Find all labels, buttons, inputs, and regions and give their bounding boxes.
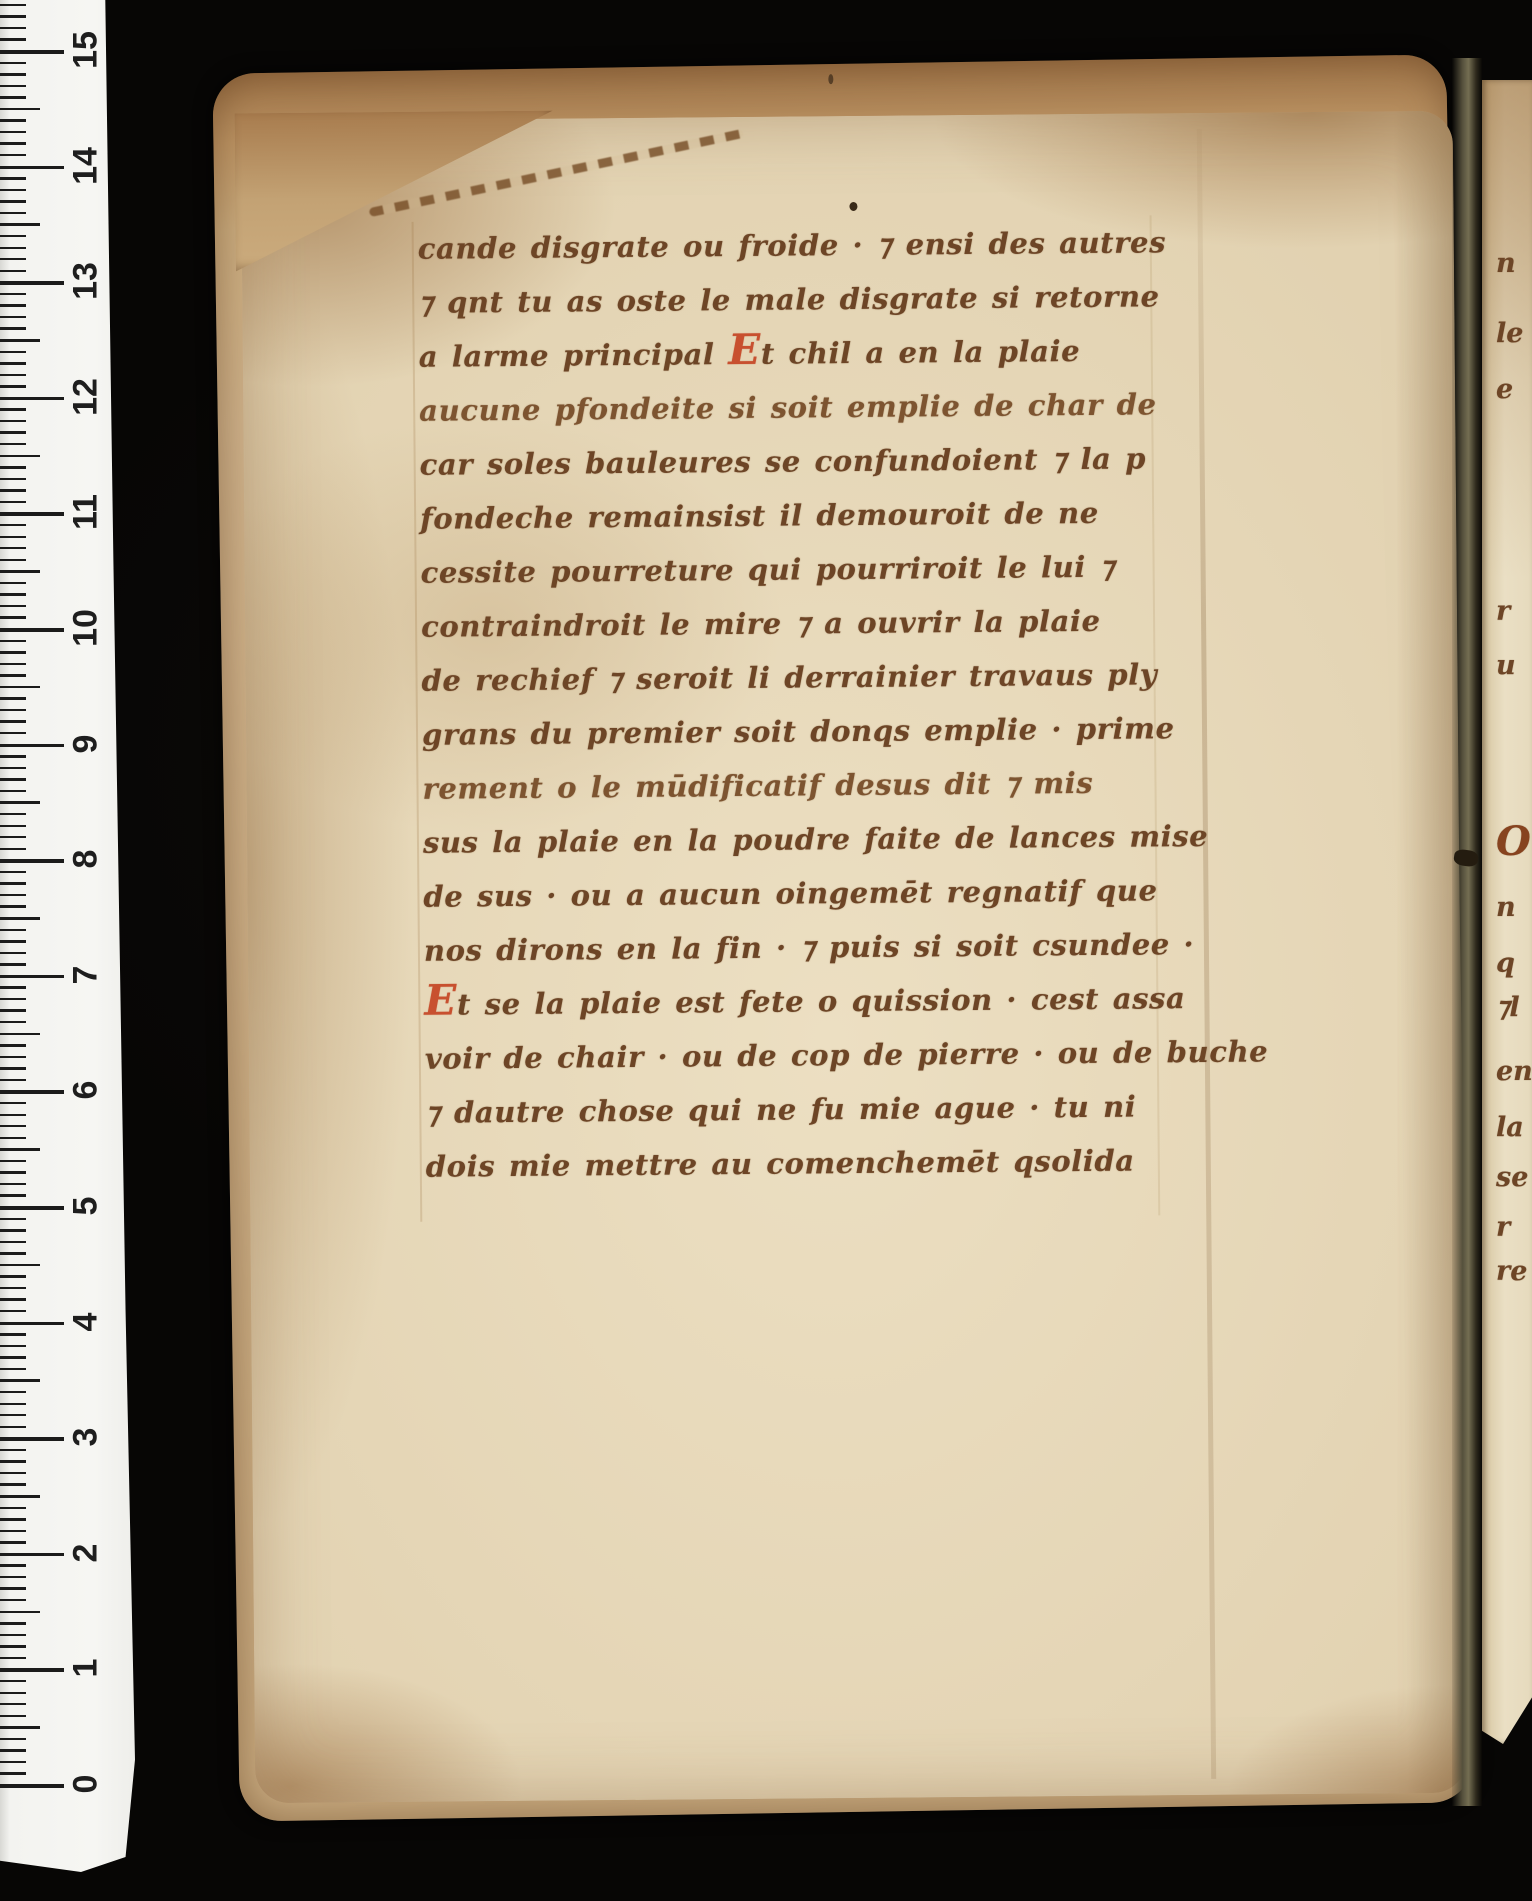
ruler-tick-minor: [0, 154, 26, 156]
ruler-tick-minor: [0, 1703, 26, 1705]
ruler-tick-minor: [0, 986, 26, 988]
ruler-tick-minor: [0, 593, 26, 595]
ruler-tick-minor: [0, 15, 26, 17]
ruler-tick-minor: [0, 709, 26, 711]
manuscript-line: nos dirons en la fin · ⁊ puis si soit cs…: [424, 927, 1184, 988]
ruler-tick-minor: [0, 1530, 26, 1532]
parchment-spot: [828, 74, 833, 84]
ruler-tick-minor: [0, 1657, 26, 1659]
ruler-tick-minor: [0, 38, 26, 40]
ruler-tick-half: [0, 108, 40, 111]
ruler-tick-minor: [0, 1426, 26, 1428]
ruler-tick-minor: [0, 1391, 26, 1393]
ruler-tick-minor: [0, 119, 26, 121]
ruler-tick-minor: [0, 200, 26, 202]
ruler-tick-minor: [0, 1125, 26, 1127]
ruler-number: 1: [67, 1659, 106, 1678]
ruler-tick-minor: [0, 247, 26, 249]
binding-thread: [1453, 848, 1479, 867]
photo-stage: cande disgrate ou froide · ⁊ ensi des au…: [0, 0, 1532, 1901]
ruler-tick-minor: [0, 235, 26, 237]
ruler-tick-minor: [0, 1287, 26, 1289]
ruler-tick-minor: [0, 1298, 26, 1300]
ruler-tick-major: [0, 1090, 64, 1094]
ruler-tick-half: [0, 570, 40, 573]
ruler-tick-minor: [0, 1460, 26, 1462]
ruler-tick-minor: [0, 547, 26, 549]
ruler-tick-minor: [0, 1749, 26, 1751]
facing-page-text-fragment: re: [1496, 1256, 1527, 1287]
ruler-tick-minor: [0, 212, 26, 214]
manuscript-text: t chil a en la plaie: [761, 334, 1081, 371]
ruler-tick-half: [0, 917, 40, 920]
rubric-initial: E: [728, 325, 761, 374]
ruler-tick-major: [0, 1668, 64, 1672]
binding-gutter: [1452, 58, 1482, 1806]
ruler-tick-minor: [0, 1576, 26, 1578]
ruler-tick-minor: [0, 258, 26, 260]
manuscript-text: car soles bauleures se confundoient ⁊ la…: [420, 441, 1147, 481]
ruler-tick-minor: [0, 1483, 26, 1485]
ruler-tick-minor: [0, 582, 26, 584]
ruler-tick-minor: [0, 96, 26, 98]
ruler-tick-minor: [0, 778, 26, 780]
ruler-tick-major: [0, 1784, 64, 1788]
manuscript-text: ⁊ dautre chose qui ne fu mie ague · tu n…: [425, 1090, 1136, 1130]
manuscript-text: aucune pfondeite si soit emplie de char …: [419, 387, 1157, 427]
manuscript-text: t se la plaie est fete o quission · cest…: [457, 981, 1186, 1021]
text-block: cande disgrate ou froide · ⁊ ensi des au…: [418, 225, 1186, 1204]
ruler-tick-half: [0, 1379, 40, 1382]
ruler-tick-minor: [0, 640, 26, 642]
ruler-tick-minor: [0, 720, 26, 722]
ruler-number: 4: [67, 1312, 106, 1331]
ruler-tick-minor: [0, 836, 26, 838]
ruler-tick-minor: [0, 489, 26, 491]
ruler-tick-minor: [0, 755, 26, 757]
ruler-tick-minor: [0, 663, 26, 665]
facing-page-text-fragment: le: [1496, 318, 1523, 349]
ruler-tick-half: [0, 1148, 40, 1151]
ruler-tick-minor: [0, 62, 26, 64]
ruler-tick-minor: [0, 1067, 26, 1069]
ruler-tick-minor: [0, 767, 26, 769]
ruler-tick-minor: [0, 501, 26, 503]
facing-page-text-fragment: ⁊l: [1496, 992, 1520, 1023]
ruler-tick-minor: [0, 871, 26, 873]
manuscript-line: ⁊ dautre chose qui ne fu mie ague · tu n…: [425, 1089, 1185, 1150]
ruler-number: 3: [67, 1428, 106, 1447]
ruler-tick-minor: [0, 1356, 26, 1358]
facing-page-text-fragment: e: [1496, 374, 1513, 405]
facing-page-text-fragment: O: [1496, 818, 1531, 865]
ruler-tick-minor: [0, 431, 26, 433]
manuscript-line: rement o le mūdificatif desus dit ⁊ mis: [422, 765, 1182, 826]
ruler-number: 2: [67, 1543, 106, 1562]
ruler-tick-minor: [0, 1056, 26, 1058]
ruler-tick-minor: [0, 1345, 26, 1347]
ruler-number: 6: [67, 1081, 106, 1100]
ruler-number: 10: [67, 609, 106, 647]
ruler-tick-minor: [0, 1310, 26, 1312]
parchment-hole: [849, 202, 857, 211]
ruler-tick-minor: [0, 998, 26, 1000]
ruler-tick-minor: [0, 882, 26, 884]
manuscript-line: fondeche remainsist il demouroit de ne: [420, 495, 1180, 556]
ruler-tick-minor: [0, 1622, 26, 1624]
ruler-tick-minor: [0, 790, 26, 792]
ruler-tick-minor: [0, 1449, 26, 1451]
rubric-initial: E: [424, 975, 457, 1024]
ruler-tick-minor: [0, 304, 26, 306]
ruler-number: 11: [67, 494, 106, 530]
ruler-tick-minor: [0, 1368, 26, 1370]
ruler-number: 7: [67, 965, 106, 984]
manuscript-text: de sus · ou a aucun oingemēt regnatif qu…: [423, 873, 1157, 913]
ruler-tick-major: [0, 1553, 64, 1557]
ruler-tick-minor: [0, 1241, 26, 1243]
ruler-tick-major: [0, 1322, 64, 1326]
ruler-tick-major: [0, 859, 64, 863]
ruler-tick-minor: [0, 616, 26, 618]
ruler-tick-half: [0, 1495, 40, 1498]
ruler-tick-minor: [0, 1137, 26, 1139]
facing-page-text-fragment: u: [1496, 650, 1516, 681]
ruler-tick-minor: [0, 1414, 26, 1416]
ruler-number: 0: [67, 1775, 106, 1794]
ruler-tick-major: [0, 166, 64, 170]
ruler-tick-minor: [0, 1518, 26, 1520]
ruler-tick-minor: [0, 1102, 26, 1104]
facing-page-text-fragment: en: [1496, 1056, 1532, 1087]
manuscript-line: car soles bauleures se confundoient ⁊ la…: [420, 441, 1180, 502]
ruler-tick-minor: [0, 651, 26, 653]
facing-page-text-fragment: r: [1496, 1212, 1510, 1243]
ruler-tick-minor: [0, 1333, 26, 1335]
manuscript-text: rement o le mūdificatif desus dit ⁊ mis: [422, 766, 1093, 806]
ruler-tick-minor: [0, 316, 26, 318]
ruler-number: 9: [67, 734, 106, 753]
manuscript-line: dois mie mettre au comenchemēt qsolida: [426, 1143, 1186, 1204]
ruler-tick-minor: [0, 1645, 26, 1647]
ruler-tick-minor: [0, 894, 26, 896]
ruler: 1514131211109876543210: [0, 0, 135, 1872]
ruler-tick-minor: [0, 362, 26, 364]
ruler-tick-minor: [0, 1634, 26, 1636]
ruler-tick-minor: [0, 420, 26, 422]
ruler-tick-major: [0, 744, 64, 748]
manuscript-text: dois mie mettre au comenchemēt qsolida: [426, 1144, 1135, 1184]
ruler-tick-minor: [0, 1772, 26, 1774]
ruler-tick-major: [0, 50, 64, 54]
ruler-tick-half: [0, 801, 40, 804]
manuscript-text: cessite pourreture qui pourriroit le lui…: [420, 550, 1114, 590]
facing-page-text-fragment: r: [1496, 596, 1510, 627]
facing-page-text-fragment: q: [1496, 948, 1515, 979]
ruler-tick-minor: [0, 732, 26, 734]
ruler-number: 15: [67, 31, 106, 69]
ruler-tick-minor: [0, 1680, 26, 1682]
ruler-tick-minor: [0, 293, 26, 295]
ruler-tick-major: [0, 975, 64, 979]
ruler-tick-minor: [0, 1564, 26, 1566]
ruler-tick-minor: [0, 1275, 26, 1277]
ruler-tick-minor: [0, 524, 26, 526]
manuscript-line: a larme principal Et chil a en la plaie: [419, 333, 1179, 394]
ruler-number: 14: [67, 147, 106, 185]
manuscript-line: contraindroit le mire ⁊ a ouvrir la plai…: [421, 603, 1181, 664]
ruler-tick-minor: [0, 351, 26, 353]
ruler-tick-minor: [0, 374, 26, 376]
manuscript-text: fondeche remainsist il demouroit de ne: [420, 496, 1099, 536]
ruler-tick-minor: [0, 825, 26, 827]
ruler-tick-half: [0, 1611, 40, 1614]
manuscript-text: ⁊ qnt tu as oste le male disgrate si ret…: [418, 279, 1160, 319]
ruler-tick-minor: [0, 1692, 26, 1694]
ruler-tick-minor: [0, 1599, 26, 1601]
ruler-tick-major: [0, 1206, 64, 1210]
ruler-tick-major: [0, 512, 64, 516]
ruler-tick-half: [0, 455, 40, 458]
ruler-tick-major: [0, 628, 64, 632]
ruler-number: 5: [67, 1197, 106, 1216]
ruler-tick-minor: [0, 443, 26, 445]
ruler-tick-minor: [0, 605, 26, 607]
ruler-tick-major: [0, 1437, 64, 1441]
ruler-tick-half: [0, 1726, 40, 1729]
manuscript-line: ⁊ qnt tu as oste le male disgrate si ret…: [418, 279, 1178, 340]
ruler-number: 13: [67, 262, 106, 300]
ruler-tick-minor: [0, 1252, 26, 1254]
ruler-tick-minor: [0, 1761, 26, 1763]
ruler-tick-half: [0, 339, 40, 342]
ruler-tick-minor: [0, 189, 26, 191]
manuscript-text: a larme principal: [419, 337, 729, 374]
manuscript-page: cande disgrate ou froide · ⁊ ensi des au…: [241, 111, 1468, 1804]
ruler-tick-minor: [0, 1114, 26, 1116]
ruler-tick-minor: [0, 73, 26, 75]
manuscript-text: voir de chair · ou de cop de pierre · ou…: [425, 1034, 1269, 1075]
ruler-tick-half: [0, 223, 40, 226]
ruler-tick-minor: [0, 270, 26, 272]
facing-page-fragments: nleeruOnq⁊lenlaserre: [1494, 0, 1532, 1901]
ruler-tick-minor: [0, 1229, 26, 1231]
ruler-number: 12: [67, 378, 106, 416]
ruler-tick-minor: [0, 1079, 26, 1081]
ruler-tick-minor: [0, 1194, 26, 1196]
facing-page-text-fragment: se: [1496, 1162, 1528, 1193]
manuscript-line: de sus · ou a aucun oingemēt regnatif qu…: [423, 873, 1183, 934]
manuscript-text: contraindroit le mire ⁊ a ouvrir la plai…: [421, 604, 1101, 644]
ruler-tick-minor: [0, 1472, 26, 1474]
ruler-tick-minor: [0, 905, 26, 907]
page-crease: [1197, 129, 1216, 1779]
manuscript-line: de rechief ⁊ seroit li derrainier travau…: [421, 657, 1181, 718]
ruler-tick-minor: [0, 697, 26, 699]
ruler-tick-minor: [0, 1171, 26, 1173]
ruler-tick-minor: [0, 177, 26, 179]
ruler-tick-minor: [0, 940, 26, 942]
ruler-tick-minor: [0, 478, 26, 480]
ruler-tick-minor: [0, 408, 26, 410]
facing-page-text-fragment: la: [1496, 1112, 1524, 1143]
ruler-tick-minor: [0, 848, 26, 850]
ruler-tick-minor: [0, 952, 26, 954]
ruler-tick-minor: [0, 466, 26, 468]
manuscript-text: cande disgrate ou froide · ⁊ ensi des au…: [418, 225, 1167, 266]
ruler-tick-minor: [0, 1507, 26, 1509]
manuscript-line: grans du premier soit donqs emplie · pri…: [422, 711, 1182, 772]
facing-page-text-fragment: n: [1496, 248, 1516, 279]
ruler-tick-minor: [0, 559, 26, 561]
ruler-tick-minor: [0, 1160, 26, 1162]
ruler-tick-minor: [0, 327, 26, 329]
manuscript-text: de rechief ⁊ seroit li derrainier travau…: [421, 657, 1157, 697]
ruler-tick-minor: [0, 1218, 26, 1220]
ruler-tick-minor: [0, 1715, 26, 1717]
ruler-tick-minor: [0, 1738, 26, 1740]
ruler-tick-minor: [0, 1587, 26, 1589]
ruler-tick-minor: [0, 536, 26, 538]
ruler-tick-minor: [0, 963, 26, 965]
manuscript-line: voir de chair · ou de cop de pierre · ou…: [425, 1035, 1185, 1096]
ruler-tick-minor: [0, 1403, 26, 1405]
ruler-tick-minor: [0, 385, 26, 387]
ruler-tick-major: [0, 281, 64, 285]
ruler-tick-minor: [0, 142, 26, 144]
ruler-tick-minor: [0, 674, 26, 676]
manuscript-line: sus la plaie en la poudre faite de lance…: [423, 819, 1183, 880]
ruler-tick-half: [0, 1033, 40, 1036]
ruler-tick-minor: [0, 131, 26, 133]
ruler-tick-minor: [0, 27, 26, 29]
manuscript-text: nos dirons en la fin · ⁊ puis si soit cs…: [424, 927, 1195, 968]
ruler-tick-minor: [0, 813, 26, 815]
manuscript-line: Et se la plaie est fete o quission · ces…: [424, 981, 1184, 1042]
manuscript-text: grans du premier soit donqs emplie · pri…: [422, 711, 1175, 752]
ruler-tick-minor: [0, 85, 26, 87]
ruler-tick-minor: [0, 1021, 26, 1023]
facing-page-text-fragment: n: [1496, 892, 1516, 923]
manuscript-line: cande disgrate ou froide · ⁊ ensi des au…: [418, 225, 1178, 286]
ruler-tick-half: [0, 1264, 40, 1267]
ruler-tick-half: [0, 686, 40, 689]
ruler-tick-minor: [0, 1183, 26, 1185]
ruler-tick-major: [0, 397, 64, 401]
ruler-tick-minor: [0, 4, 26, 6]
ruler-tick-minor: [0, 1044, 26, 1046]
manuscript-line: aucune pfondeite si soit emplie de char …: [419, 387, 1179, 448]
ruler-tick-minor: [0, 929, 26, 931]
ruler-tick-minor: [0, 1541, 26, 1543]
manuscript-line: cessite pourreture qui pourriroit le lui…: [420, 549, 1180, 610]
ruler-tick-minor: [0, 1009, 26, 1011]
manuscript-text: sus la plaie en la poudre faite de lance…: [423, 819, 1209, 860]
ruler-number: 8: [67, 850, 106, 869]
